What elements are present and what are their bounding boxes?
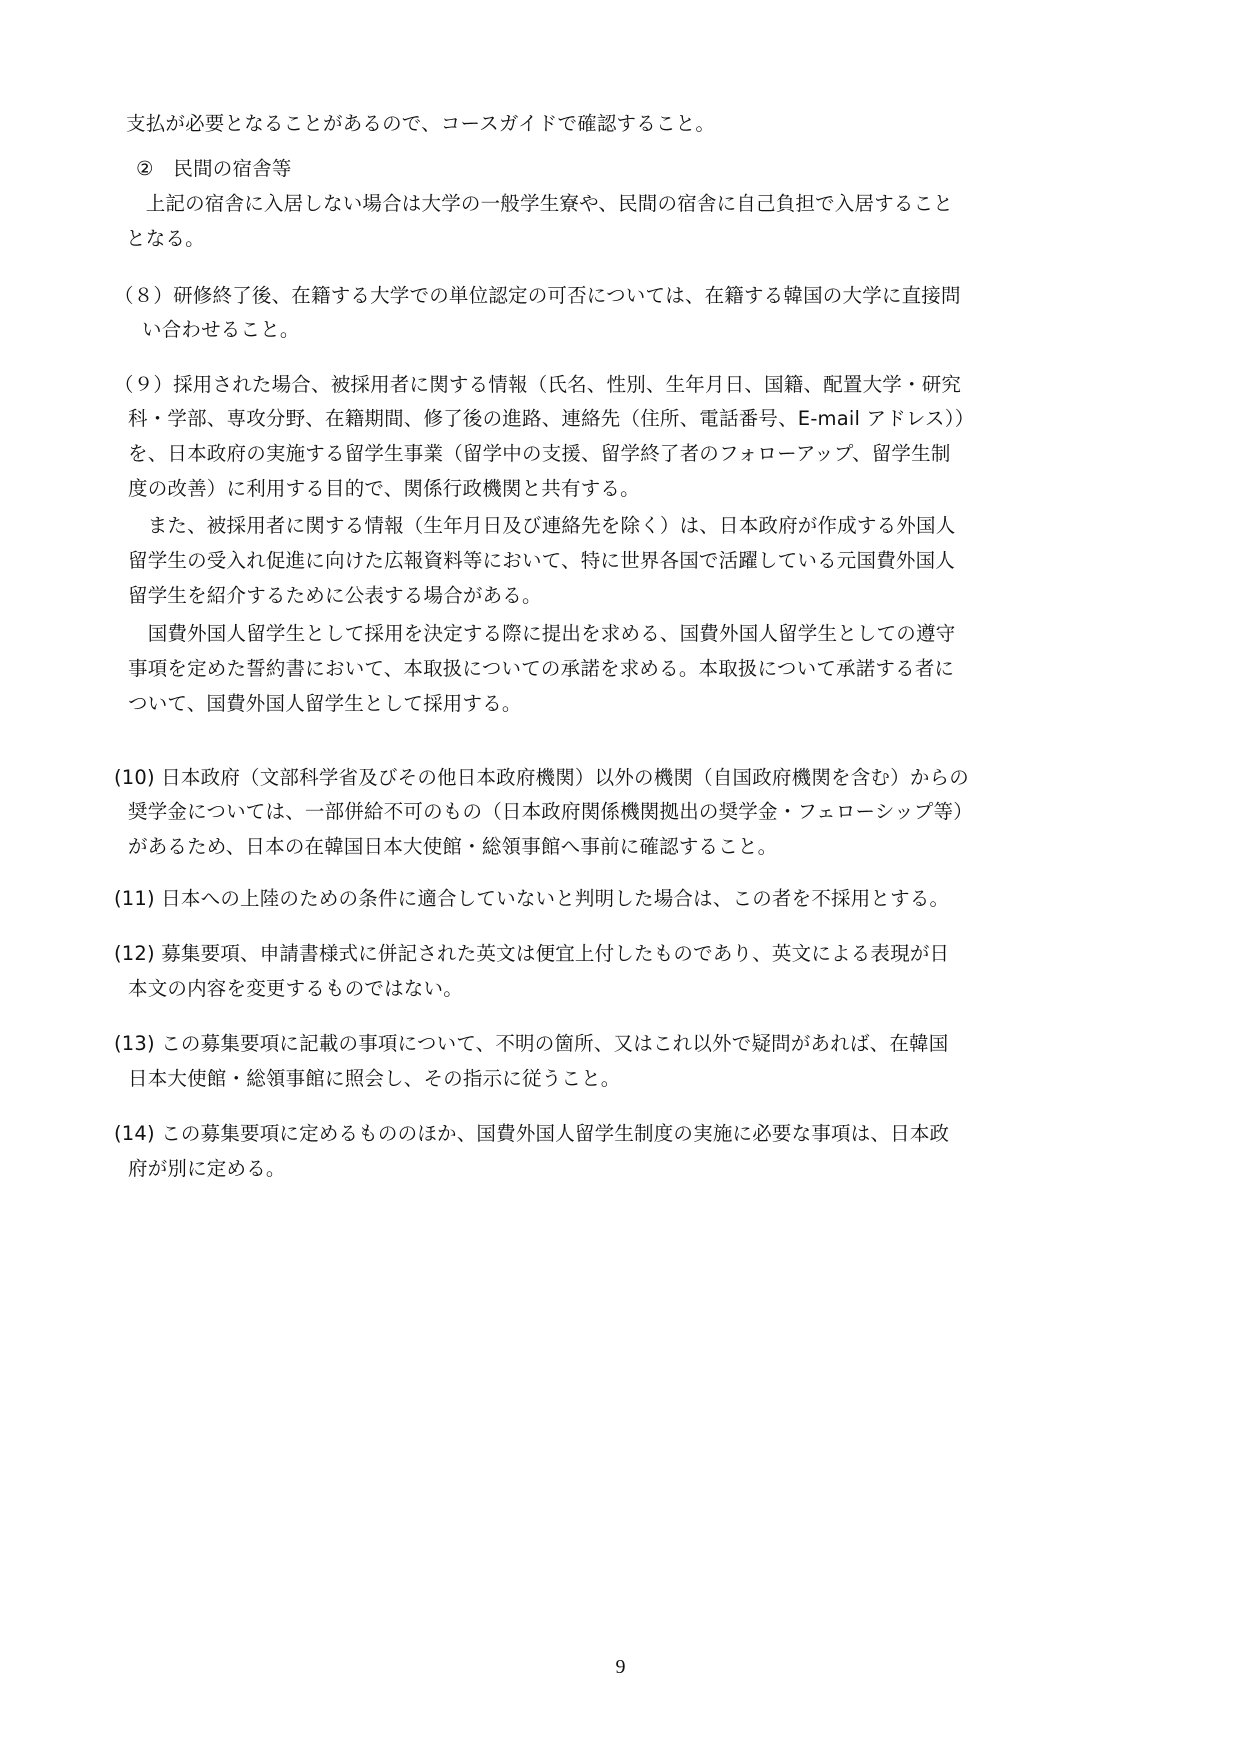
- item-12-line: (12) 募集要項、申請書様式に併記された英文は便宜上付したものであり、英文によ…: [114, 942, 949, 966]
- item-8-line: い合わせること。: [142, 318, 300, 342]
- page-number: 9: [0, 1656, 1241, 1679]
- subsection-text-line: 上記の宿舎に入居しない場合は大学の一般学生寮や、民間の宿舎に自己負担で入居するこ…: [126, 192, 953, 216]
- item-9-line: また、被採用者に関する情報（生年月日及び連絡先を除く）は、日本政府が作成する外国…: [128, 514, 955, 538]
- item-9-line: 度の改善）に利用する目的で、関係行政機関と共有する。: [128, 477, 640, 501]
- item-12-line: 本文の内容を変更するものではない。: [128, 977, 463, 1001]
- item-9-line: 国費外国人留学生として採用を決定する際に提出を求める、国費外国人留学生としての遵…: [128, 622, 955, 646]
- item-13-line: 日本大使館・総領事館に照会し、その指示に従うこと。: [128, 1067, 621, 1091]
- item-9-line: を、日本政府の実施する留学生事業（留学中の支援、留学終了者のフォローアップ、留学…: [128, 442, 951, 466]
- item-13-line: (13) この募集要項に記載の事項について、不明の箇所、又はこれ以外で疑問があれ…: [114, 1032, 948, 1056]
- item-10-line: 奨学金については、一部併給不可のもの（日本政府関係機関拠出の奨学金・フェローシッ…: [128, 800, 973, 824]
- item-9-line: ついて、国費外国人留学生として採用する。: [128, 692, 522, 716]
- item-14-line: 府が別に定める。: [128, 1157, 286, 1181]
- paragraph-continuation: 支払が必要となることがあるので、コースガイドで確認すること。: [126, 112, 715, 136]
- item-9-line: 留学生を紹介するために公表する場合がある。: [128, 584, 542, 608]
- subsection-text-line: となる。: [126, 227, 205, 251]
- item-14-line: (14) この募集要項に定めるもののほか、国費外国人留学生制度の実施に必要な事項…: [114, 1122, 949, 1146]
- document-page: 支払が必要となることがあるので、コースガイドで確認すること。 ② 民間の宿舎等 …: [0, 0, 1241, 1754]
- item-8-line: （８）研修終了後、在籍する大学での単位認定の可否については、在籍する韓国の大学に…: [114, 284, 961, 308]
- item-9-line: 留学生の受入れ促進に向けた広報資料等において、特に世界各国で活躍している元国費外…: [128, 549, 955, 573]
- item-9-line: （９）採用された場合、被採用者に関する情報（氏名、性別、生年月日、国籍、配置大学…: [114, 373, 961, 397]
- item-10-line: (10) 日本政府（文部科学省及びその他日本政府機関）以外の機関（自国政府機関を…: [114, 766, 969, 790]
- item-11-line: (11) 日本への上陸のための条件に適合していないと判明した場合は、この者を不採…: [114, 887, 949, 911]
- item-9-line: 科・学部、専攻分野、在籍期間、修了後の進路、連絡先（住所、電話番号、E-mail…: [128, 407, 974, 431]
- item-9-line: 事項を定めた誓約書において、本取扱についての承諾を求める。本取扱について承諾する…: [128, 657, 954, 681]
- item-10-line: があるため、日本の在韓国日本大使館・総領事館へ事前に確認すること。: [128, 835, 777, 859]
- subsection-heading-private-housing: ② 民間の宿舎等: [136, 157, 292, 181]
